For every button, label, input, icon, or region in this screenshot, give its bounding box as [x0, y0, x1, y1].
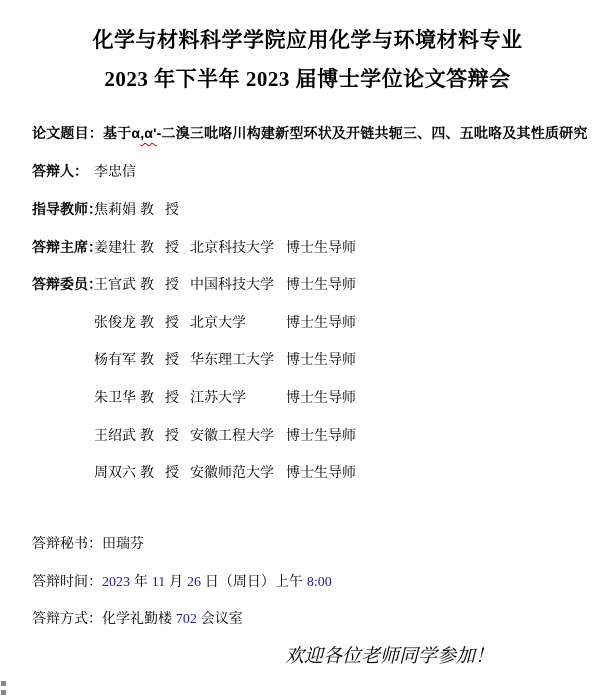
member-university: 安徽工程大学 — [190, 425, 286, 445]
professor-title-2: 授 — [165, 349, 190, 369]
welcome-message: 欢迎各位老师同学参加！ — [32, 638, 615, 676]
secretary-name: 田瑞芬 — [102, 535, 144, 551]
secretary-line: 答辩秘书：田瑞芬 — [32, 525, 615, 563]
member-name: 王官武 — [94, 274, 140, 294]
professor-title-2: 授 — [165, 462, 190, 482]
time-label: 答辩时间： — [32, 573, 102, 589]
supervisor-name: 焦莉娟 — [94, 199, 140, 219]
chair-name: 姜建壮 — [94, 237, 140, 257]
venue-label: 答辩方式： — [32, 610, 102, 626]
professor-title-2: 授 — [165, 387, 190, 407]
page-edge-artifact-mark — [1, 681, 6, 686]
title-line-2: 2023 年下半年 2023 届博士学位论文答辩会 — [0, 60, 615, 99]
document-body: 论文题目：基于α,α'-二溴三吡咯川构建新型环状及开链共轭三、四、五吡咯及其性质… — [0, 115, 615, 675]
member-name: 周双六 — [94, 462, 140, 482]
supervisor-line: 指导教师：焦莉娟教授 — [32, 190, 615, 228]
time-day: 26 — [187, 575, 201, 590]
committee-row: 张俊龙教授北京大学博士生导师 — [32, 303, 615, 341]
professor-title-1: 教 — [140, 274, 165, 294]
chair-label: 答辩主席： — [32, 237, 94, 257]
committee-label: 答辩委员： — [32, 274, 94, 294]
secretary-label: 答辩秘书： — [32, 535, 102, 551]
member-advisor-title: 博士生导师 — [286, 425, 356, 445]
venue-line: 答辩方式：化学礼勤楼 702 会议室 — [32, 600, 615, 638]
professor-title-2: 授 — [165, 237, 190, 257]
document-title: 化学与材料科学学院应用化学与环境材料专业 2023 年下半年 2023 届博士学… — [0, 21, 615, 99]
member-name: 王绍武 — [94, 425, 140, 445]
committee-row: 朱卫华教授江苏大学博士生导师 — [32, 378, 615, 416]
thesis-title-line: 论文题目：基于α,α'-二溴三吡咯川构建新型环状及开链共轭三、四、五吡咯及其性质… — [32, 115, 615, 153]
professor-title-2: 授 — [165, 199, 190, 219]
time-month: 11 — [152, 575, 165, 590]
professor-title-1: 教 — [140, 387, 165, 407]
time-day-suffix: 日（周日）上午 — [201, 573, 307, 589]
member-name: 朱卫华 — [94, 387, 140, 407]
committee-row: 杨有军教授华东理工大学博士生导师 — [32, 341, 615, 379]
committee-row: 周双六教授安徽师范大学博士生导师 — [32, 453, 615, 491]
professor-title-2: 授 — [165, 425, 190, 445]
member-advisor-title: 博士生导师 — [286, 462, 356, 482]
defense-announcement-document: 化学与材料科学学院应用化学与环境材料专业 2023 年下半年 2023 届博士学… — [0, 0, 615, 698]
welcome-text: 欢迎各位老师同学参加！ — [285, 646, 494, 667]
defender-name: 李忠信 — [94, 161, 136, 181]
thesis-title-text-pre: 基于α — [103, 125, 140, 141]
professor-title-2: 授 — [165, 312, 190, 332]
venue-room-number: 702 — [176, 612, 197, 627]
professor-title-2: 授 — [165, 274, 190, 294]
venue-room-suffix: 会议室 — [197, 610, 243, 626]
professor-title-1: 教 — [140, 425, 165, 445]
member-name: 张俊龙 — [94, 312, 140, 332]
thesis-title-label: 论文题目： — [32, 125, 103, 141]
member-advisor-title: 博士生导师 — [286, 387, 356, 407]
committee-row: 答辩委员：王官武教授中国科技大学博士生导师 — [32, 265, 615, 303]
time-hour: 8:00 — [307, 575, 332, 590]
committee-row: 王绍武教授安徽工程大学博士生导师 — [32, 416, 615, 454]
time-year: 2023 — [102, 575, 130, 590]
supervisor-label: 指导教师： — [32, 199, 94, 219]
chair-university: 北京科技大学 — [190, 237, 286, 257]
page-edge-artifact-mark — [1, 690, 6, 695]
member-university: 江苏大学 — [190, 387, 286, 407]
professor-title-1: 教 — [140, 312, 165, 332]
chair-advisor-title: 博士生导师 — [286, 237, 356, 257]
title-line-1: 化学与材料科学学院应用化学与环境材料专业 — [0, 21, 615, 60]
member-advisor-title: 博士生导师 — [286, 312, 356, 332]
professor-title-1: 教 — [140, 237, 165, 257]
time-year-unit: 年 — [130, 573, 152, 589]
defender-line: 答辩人：李忠信 — [32, 153, 615, 191]
defender-label: 答辩人： — [32, 161, 94, 181]
chair-line: 答辩主席：姜建壮教授北京科技大学博士生导师 — [32, 228, 615, 266]
professor-title-1: 教 — [140, 462, 165, 482]
time-line: 答辩时间：2023 年 11 月 26 日（周日）上午 8:00 — [32, 563, 615, 601]
member-advisor-title: 博士生导师 — [286, 274, 356, 294]
member-advisor-title: 博士生导师 — [286, 349, 356, 369]
member-university: 华东理工大学 — [190, 349, 286, 369]
member-name: 杨有军 — [94, 349, 140, 369]
member-university: 安徽师范大学 — [190, 462, 286, 482]
section-gap — [32, 491, 615, 525]
professor-title-1: 教 — [140, 199, 165, 219]
professor-title-1: 教 — [140, 349, 165, 369]
time-month-unit: 月 — [165, 573, 187, 589]
member-university: 北京大学 — [190, 312, 286, 332]
venue-building: 化学礼勤楼 — [102, 610, 176, 626]
thesis-title-text-post: -二溴三吡咯川构建新型环状及开链共轭三、四、五吡咯及其性质研究 — [157, 125, 588, 141]
thesis-title-misspelled-text: ,α' — [140, 125, 156, 141]
member-university: 中国科技大学 — [190, 274, 286, 294]
